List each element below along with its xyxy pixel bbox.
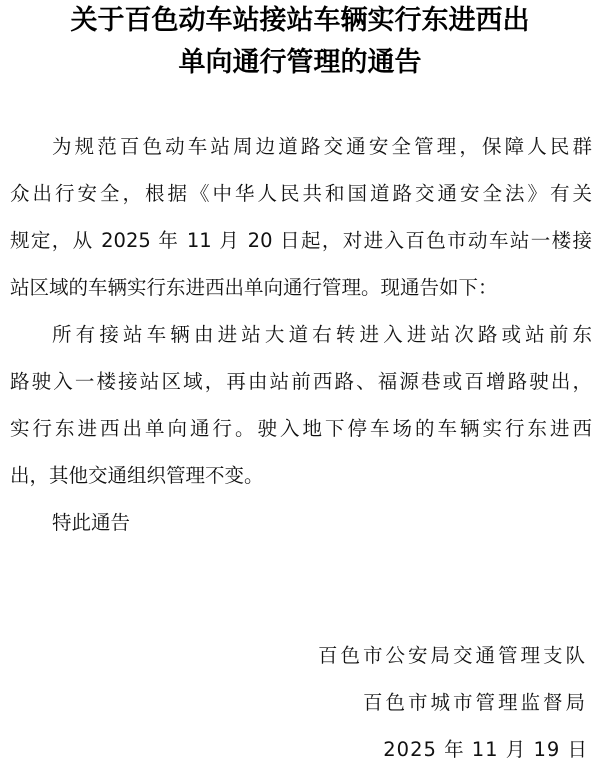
paragraph-line: 出，其他交通组织管理不变。 — [10, 463, 592, 489]
paragraph-line: 众出行安全，根据《中华人民共和国道路交通安全法》有关 — [10, 181, 592, 207]
paragraph-line: 为规范百色动车站周边道路交通安全管理，保障人民群 — [52, 134, 592, 160]
signature-traffic-police: 百色市公安局交通管理支队 — [318, 643, 588, 669]
document-title-line-1: 关于百色动车站接站车辆实行东进西出 — [0, 4, 600, 38]
signature-city-management: 百色市城市管理监督局 — [363, 690, 588, 716]
paragraph-line: 站区域的车辆实行东进西出单向通行管理。现通告如下： — [10, 275, 592, 301]
paragraph-line: 路驶入一楼接站区域，再由站前西路、福源巷或百增路驶出， — [10, 369, 592, 395]
closing-text: 特此通告 — [52, 510, 592, 536]
document-date: 2025 年 11 月 19 日 — [383, 737, 588, 763]
paragraph-line: 规定，从 2025 年 11 月 20 日起，对进入百色市动车站一楼接 — [10, 228, 592, 254]
paragraph-line: 所有接站车辆由进站大道右转进入进站次路或站前东 — [52, 322, 592, 348]
document-title-line-2: 单向通行管理的通告 — [0, 46, 600, 80]
paragraph-line: 实行东进西出单向通行。驶入地下停车场的车辆实行东进西 — [10, 416, 592, 442]
